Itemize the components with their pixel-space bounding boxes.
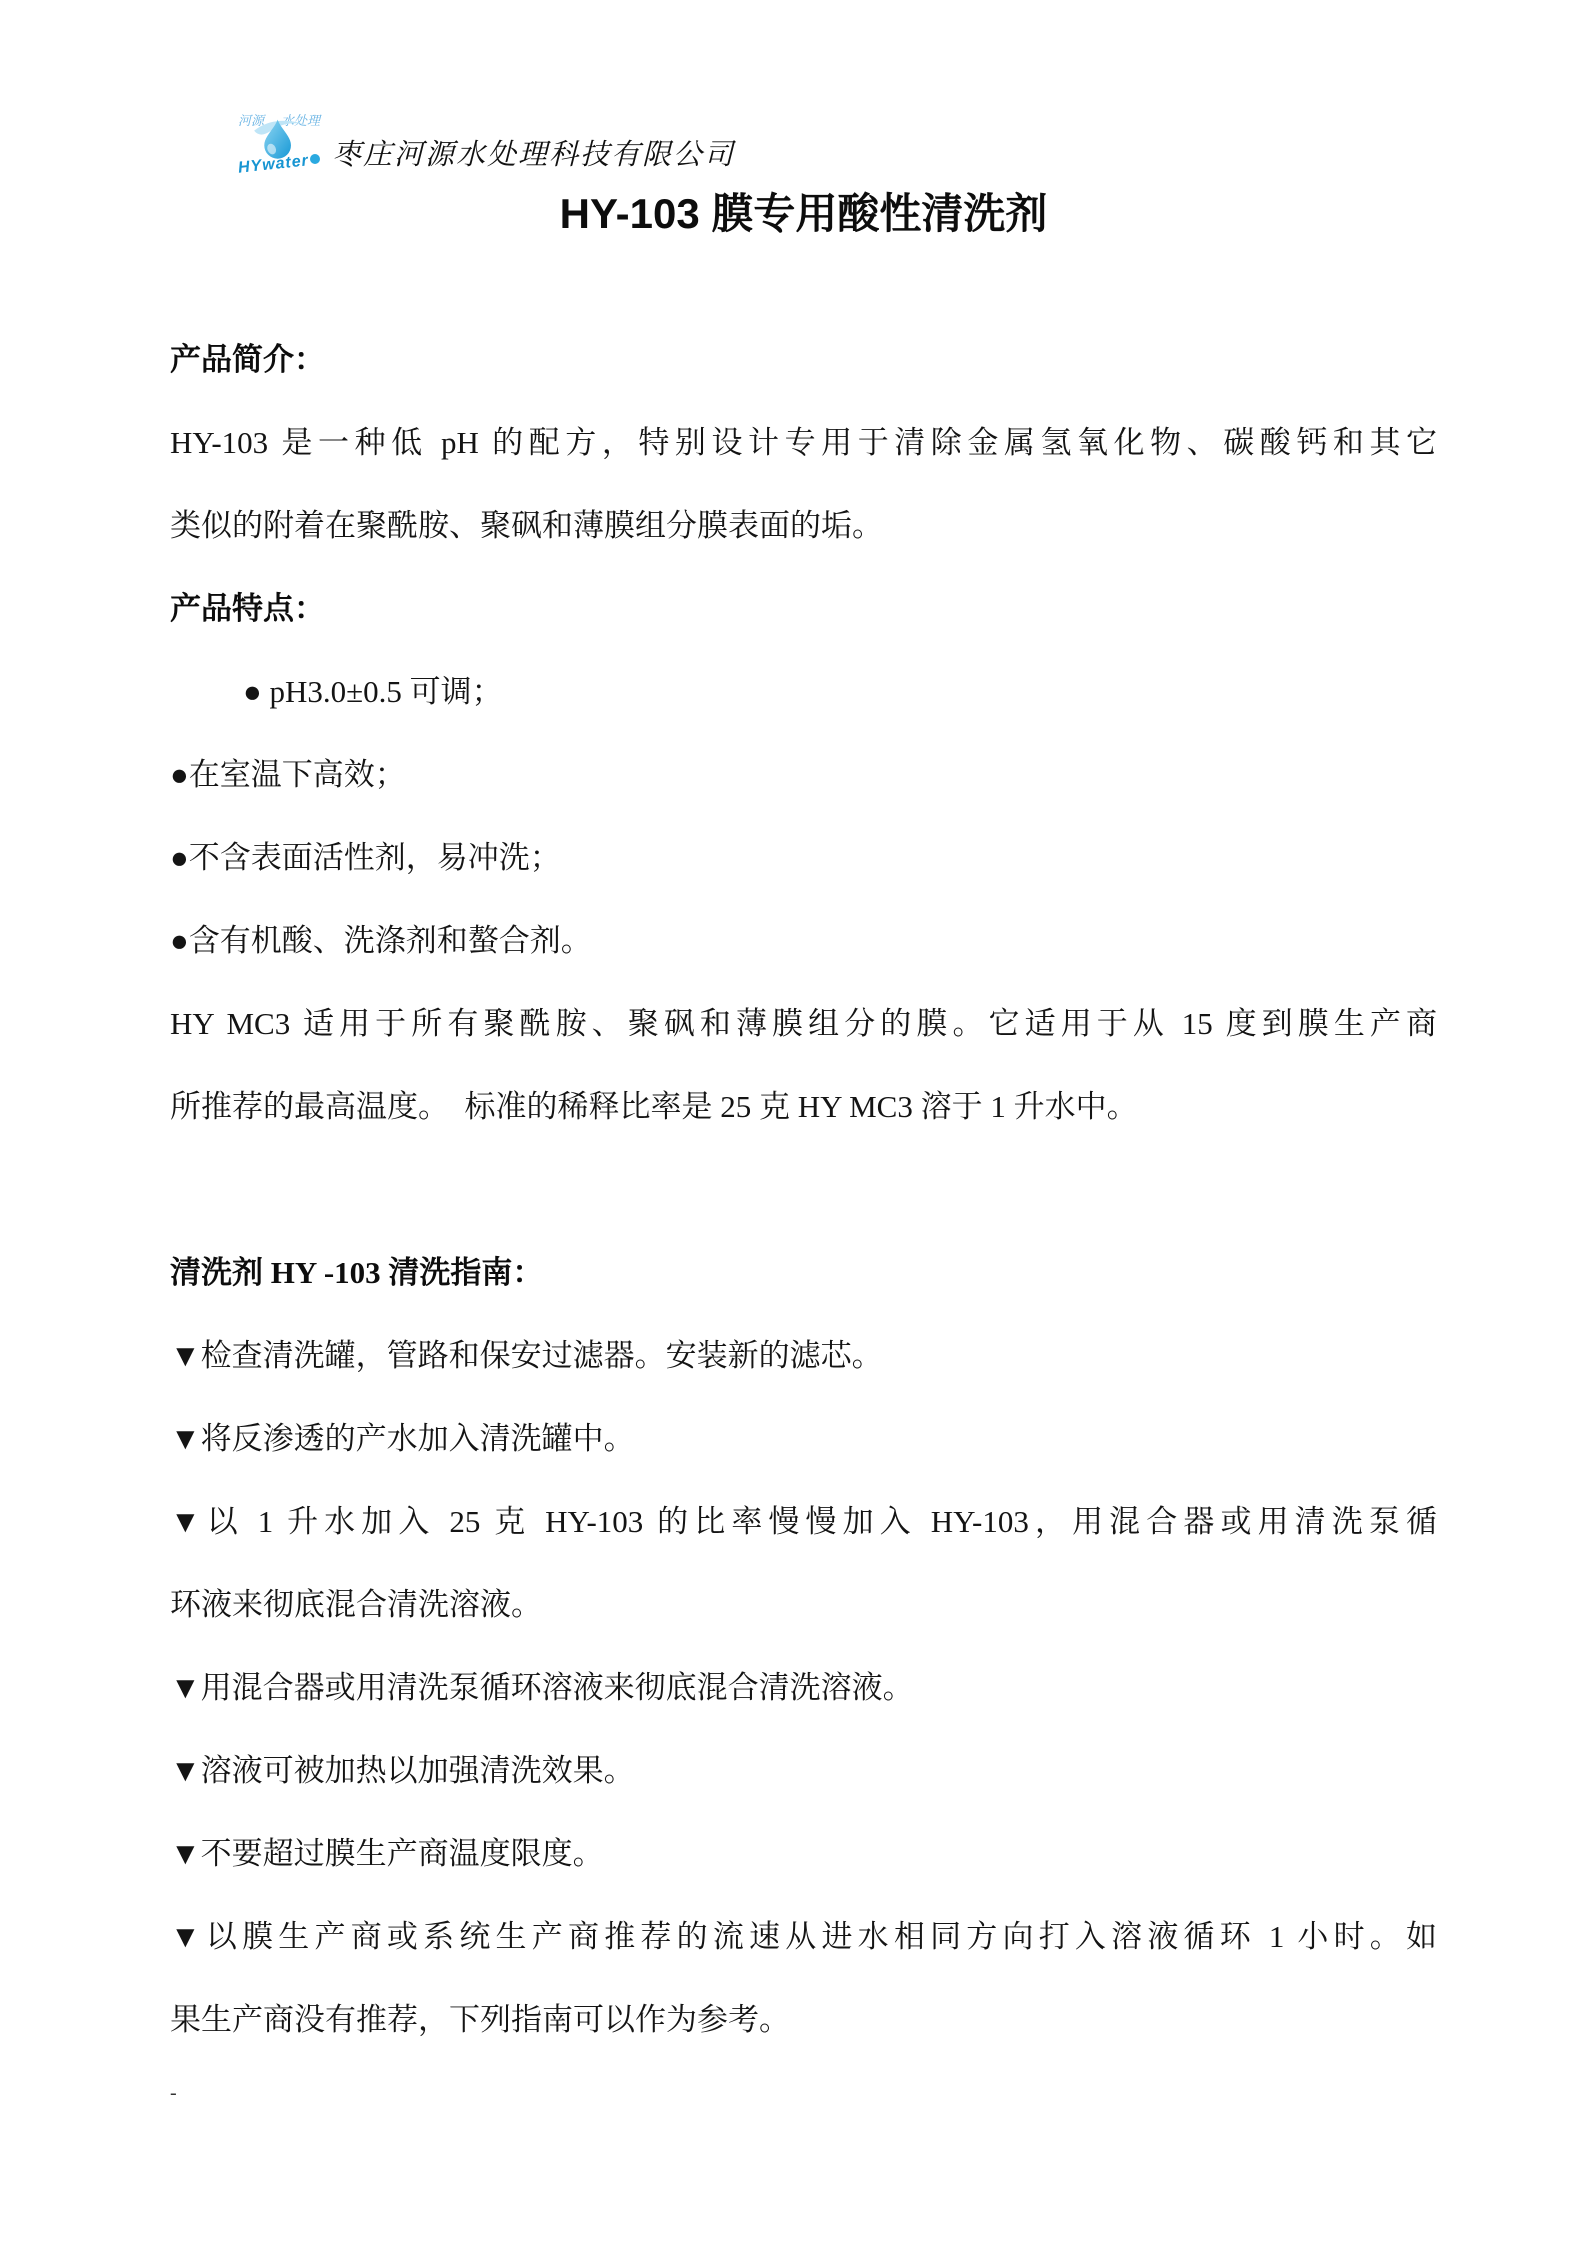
- bullet-line: ●在室温下高效；: [170, 733, 1437, 816]
- bullet-line: ▼将反渗透的产水加入清洗罐中。: [170, 1397, 1437, 1480]
- bullet-line: ▼用混合器或用清洗泵循环溶液来彻底混合清洗溶液。: [170, 1646, 1437, 1729]
- bullet-line: ▼检查清洗罐，管路和保安过滤器。安装新的滤芯。: [170, 1314, 1437, 1397]
- section-heading: 产品简介：: [170, 318, 1437, 401]
- text-line: 类似的附着在聚酰胺、聚砜和薄膜组分膜表面的垢。: [170, 484, 1437, 567]
- document-page: 河源 水处理 HYwater 枣庄河源水处理科技有限公司 HY-103 膜专用酸…: [0, 0, 1587, 2245]
- bullet-line: ▼不要超过膜生产商温度限度。: [170, 1812, 1437, 1895]
- blank-line: [170, 1148, 1437, 1231]
- company-name: 枣庄河源水处理科技有限公司: [332, 134, 735, 176]
- text-line: HY-103 是一种低 pH 的配方，特别设计专用于清除金属氢氧化物、碳酸钙和其…: [170, 401, 1437, 484]
- footnote-dash: -: [170, 2061, 1437, 2144]
- text-line: 所推荐的最高温度。 标准的稀释比率是 25 克 HY MC3 溶于 1 升水中。: [170, 1065, 1437, 1148]
- bullet-line: ▼溶液可被加热以加强清洗效果。: [170, 1729, 1437, 1812]
- bullet-line: ●含有机酸、洗涤剂和螯合剂。: [170, 899, 1437, 982]
- document-title: HY-103 膜专用酸性清洗剂: [170, 188, 1437, 240]
- bullet-line: ● pH3.0±0.5 可调；: [170, 650, 1437, 733]
- section-heading: 清洗剂 HY -103 清洗指南：: [170, 1231, 1437, 1314]
- bullet-line: ●不含表面活性剂，易冲洗；: [170, 816, 1437, 899]
- text-line: HY MC3 适用于所有聚酰胺、聚砜和薄膜组分的膜。它适用于从 15 度到膜生产…: [170, 982, 1437, 1065]
- bullet-line: ▼以 1 升水加入 25 克 HY-103 的比率慢慢加入 HY-103，用混合…: [170, 1480, 1437, 1563]
- text-line: 环液来彻底混合清洗溶液。: [170, 1563, 1437, 1646]
- company-logo: 河源 水处理 HYwater: [238, 110, 320, 172]
- logo-brand-text: HYwater: [237, 152, 310, 177]
- logo-dot-icon: [310, 154, 320, 164]
- text-line: 果生产商没有推荐，下列指南可以作为参考。: [170, 1978, 1437, 2061]
- section-heading: 产品特点：: [170, 567, 1437, 650]
- bullet-line: ▼以膜生产商或系统生产商推荐的流速从进水相同方向打入溶液循环 1 小时。如: [170, 1895, 1437, 1978]
- document-body: 产品简介：HY-103 是一种低 pH 的配方，特别设计专用于清除金属氢氧化物、…: [170, 318, 1437, 2144]
